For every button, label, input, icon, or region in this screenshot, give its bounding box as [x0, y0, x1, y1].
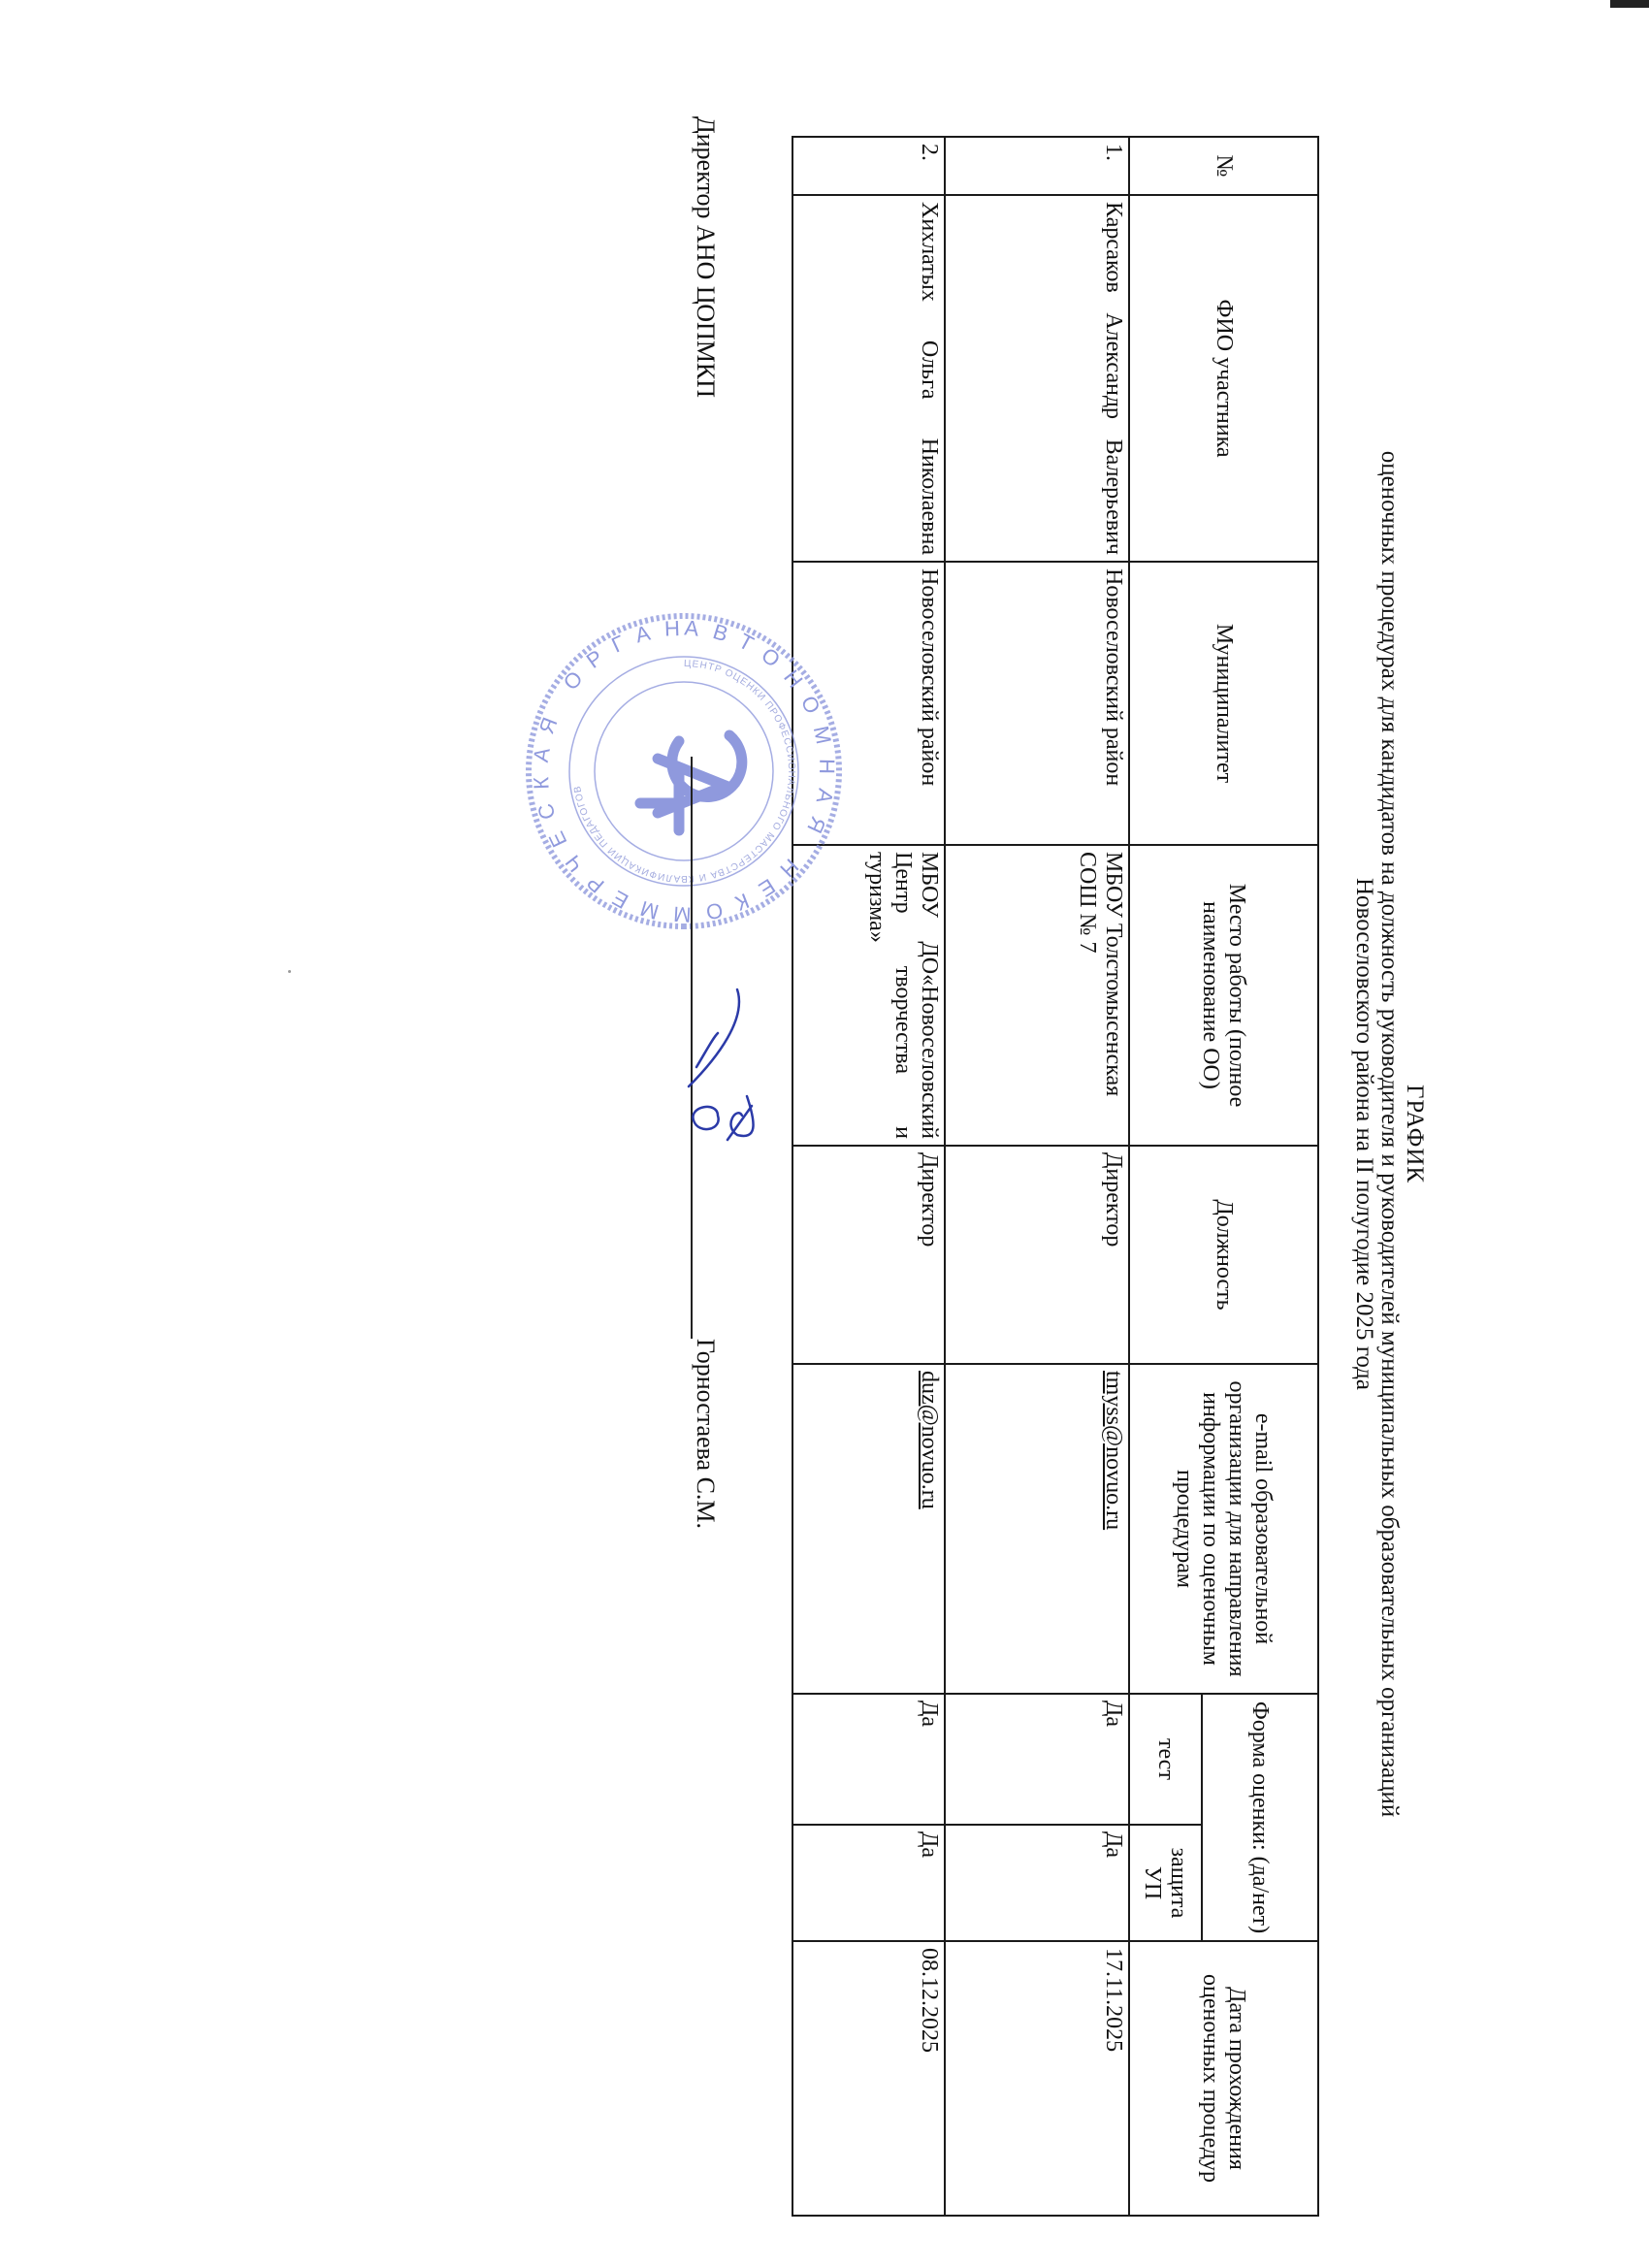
cell-num: 1. [945, 137, 1129, 195]
header-form-test: тест [1129, 1694, 1202, 1825]
header-position: Должность [1129, 1146, 1318, 1364]
cell-email-link[interactable]: duz@novuo.ru [792, 1364, 945, 1694]
organization-stamp: АВТОНОМНАЯ НЕКОММЕРЧЕСКАЯ ОРГАНИЗАЦИЯ ЦЕ… [524, 611, 844, 931]
document-subtitle-line2: Новоселовского района на II полугодие 20… [1350, 0, 1377, 2268]
document-page: ГРАФИК оценочных процедурах для кандидат… [0, 0, 1649, 2268]
cell-fio: Карсаков Александр Валерьевич [945, 195, 1129, 562]
director-name: Горностаева С.М. [691, 1339, 720, 1529]
header-num: № [1129, 137, 1318, 195]
cell-position: Директор [792, 1146, 945, 1364]
handwritten-signature [669, 980, 776, 1174]
header-email: e-mail образовательной организации для н… [1129, 1364, 1318, 1694]
cell-position: Директор [945, 1146, 1129, 1364]
table-row: 1. Карсаков Александр Валерьевич Новосел… [945, 137, 1129, 2216]
header-workplace: Место работы (полное наименование ОО) [1129, 845, 1318, 1146]
header-form-defense: защита УП [1129, 1825, 1202, 1941]
cell-defense: Да [792, 1825, 945, 1941]
cell-workplace: МБОУ Толстомысенская СОШ № 7 [945, 845, 1129, 1146]
cell-municipality: Новоселовский район [945, 562, 1129, 845]
header-date: Дата прохождения оценочных процедур [1129, 1941, 1318, 2216]
cell-email-link[interactable]: tmyss@novuo.ru [945, 1364, 1129, 1694]
cell-num: 2. [792, 137, 945, 195]
header-form-group: Форма оценки: (да/нет) [1202, 1694, 1318, 1941]
document-title: ГРАФИК [1401, 0, 1428, 2268]
cell-fio: Хихлатых Ольга Николаевна [792, 195, 945, 562]
header-row: № ФИО участника Муниципалитет Место рабо… [1202, 137, 1318, 2216]
header-municipality: Муниципалитет [1129, 562, 1318, 845]
cell-test: Да [945, 1694, 1129, 1825]
schedule-table: № ФИО участника Муниципалитет Место рабо… [792, 136, 1319, 2217]
table-row: 2. Хихлатых Ольга Николаевна Новоселовск… [792, 137, 945, 2216]
cell-date: 17.11.2025 [945, 1941, 1129, 2216]
scan-dust [288, 970, 291, 973]
cell-test: Да [792, 1694, 945, 1825]
document-subtitle-line1: оценочных процедурах для кандидатов на д… [1375, 0, 1403, 2268]
director-label: Директор АНО ЦОПМКП [691, 116, 720, 398]
cell-defense: Да [945, 1825, 1129, 1941]
cell-date: 08.12.2025 [792, 1941, 945, 2216]
header-fio: ФИО участника [1129, 195, 1318, 562]
